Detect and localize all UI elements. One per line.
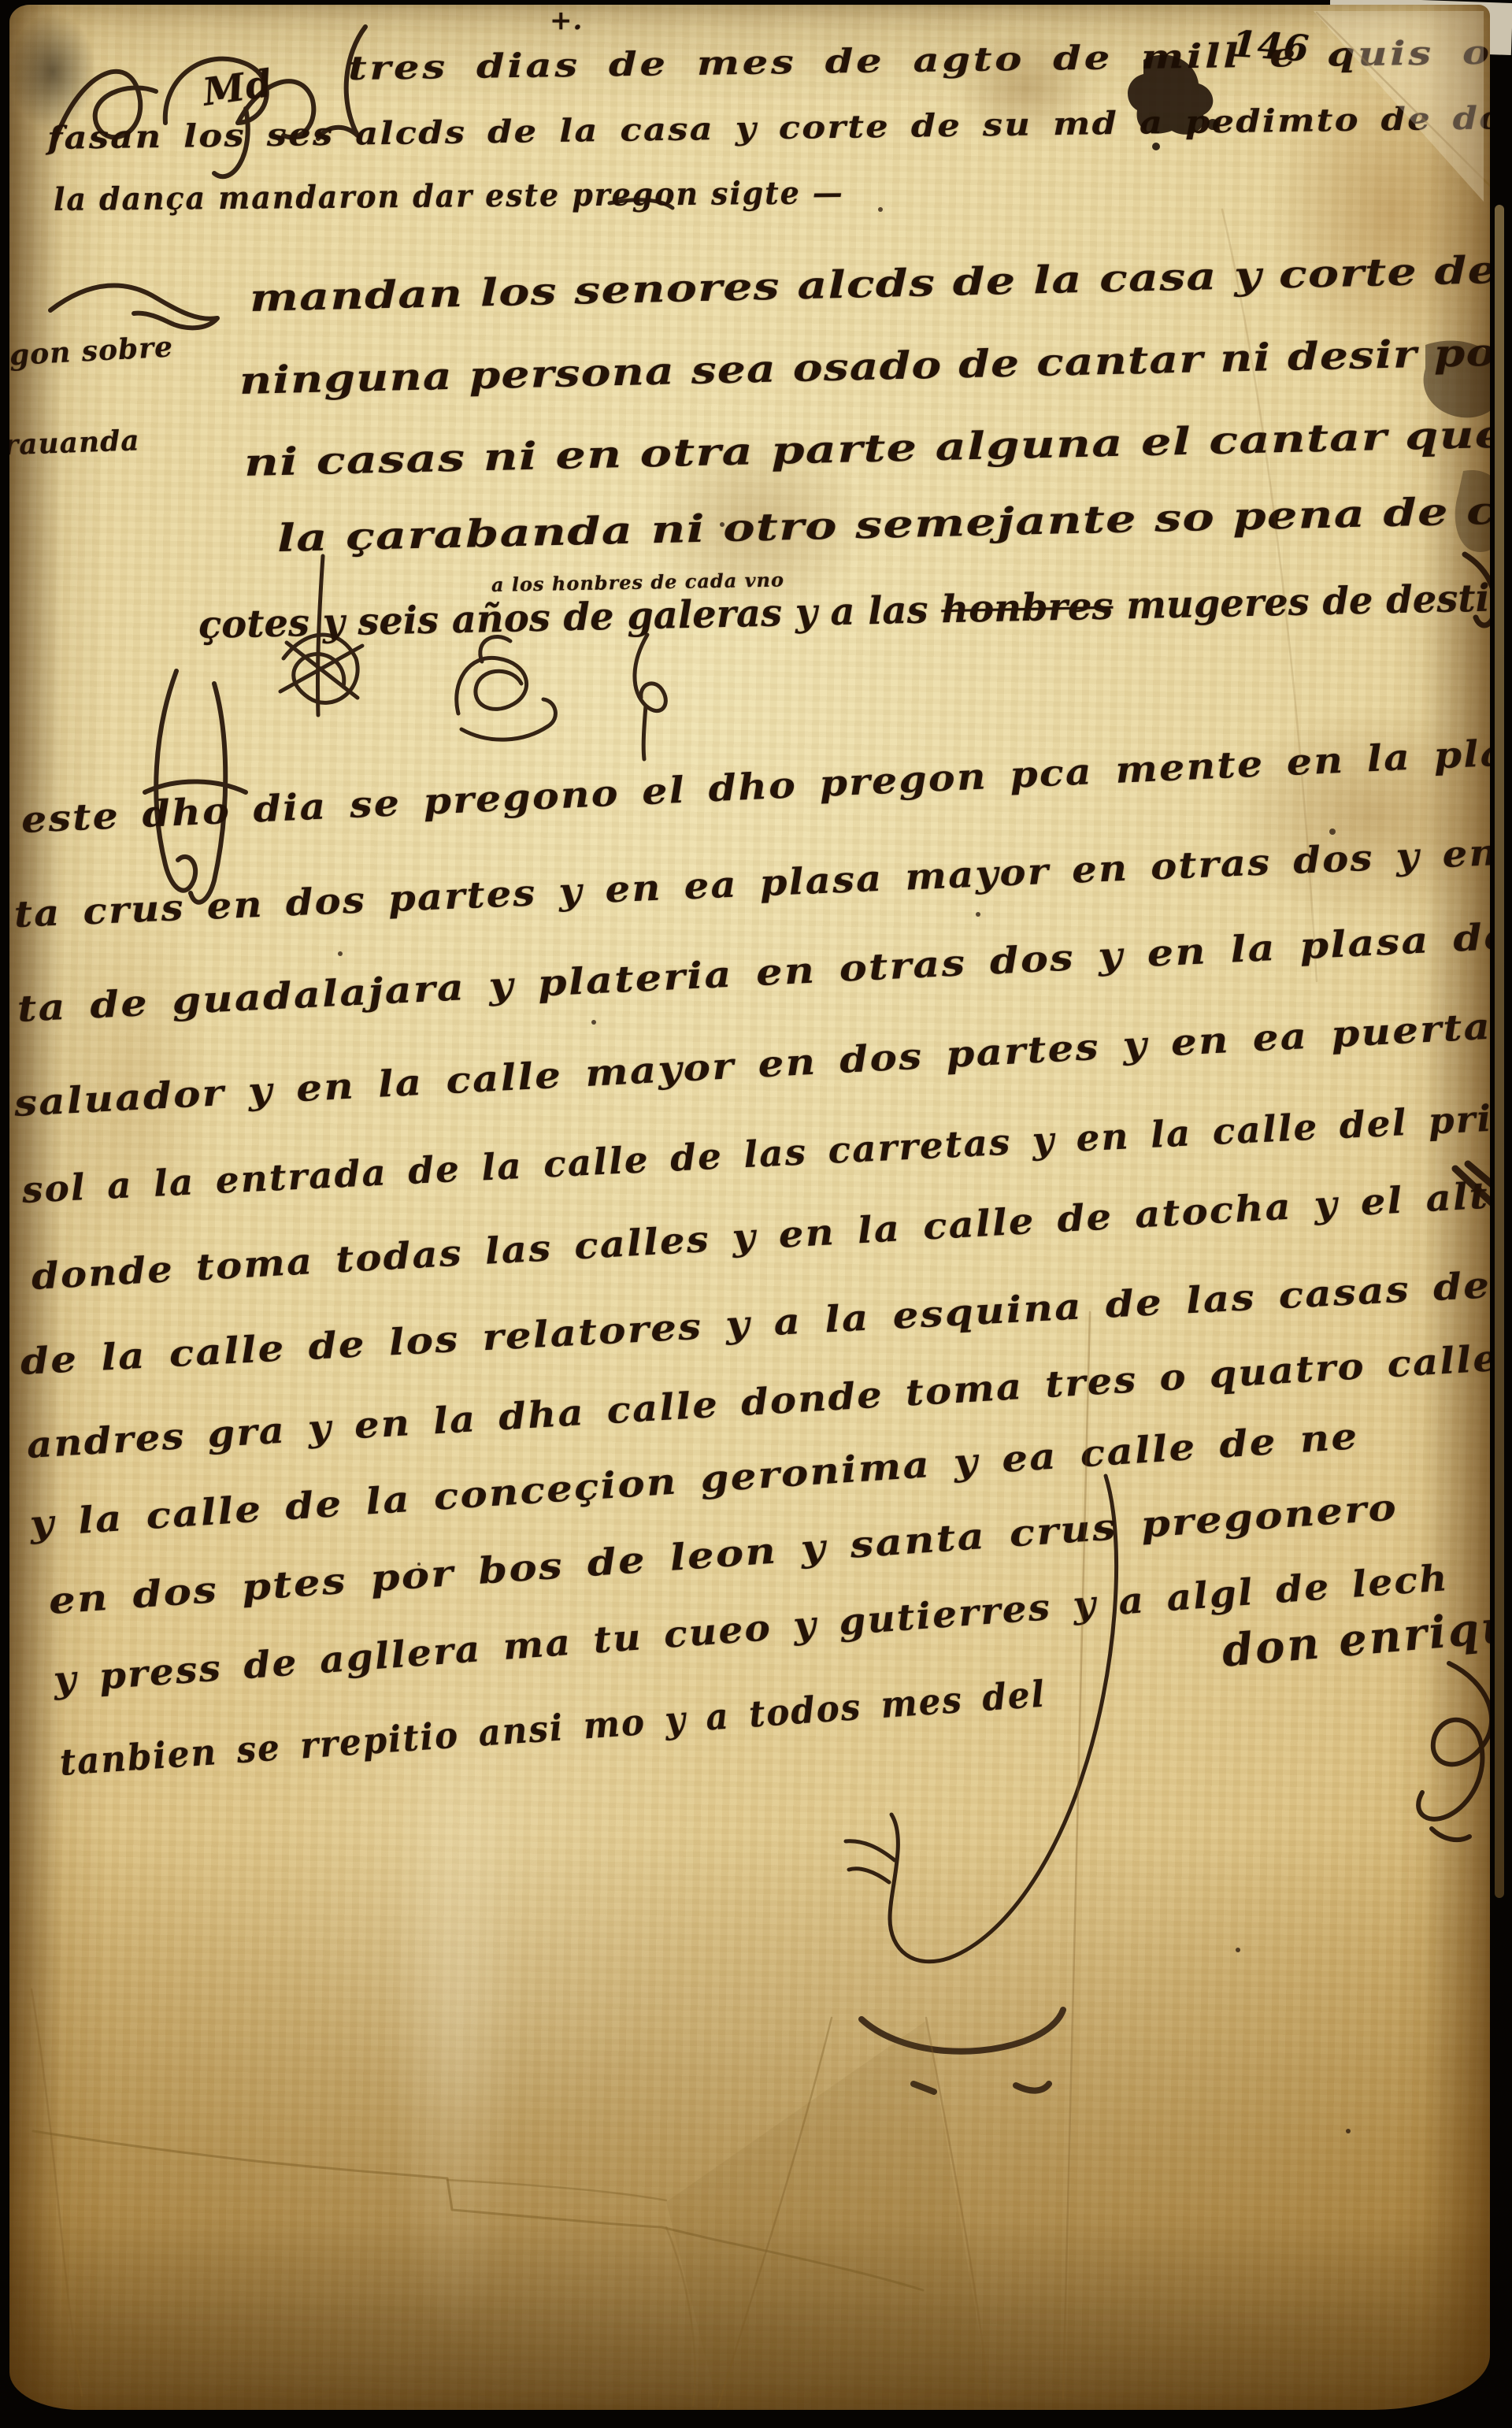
diligencia-line-1: este dho dia se pregono el dho pregon pc… (20, 721, 1490, 841)
fore-edge (1495, 205, 1504, 1898)
cross-mark: +. (550, 5, 583, 36)
header-line-3: la dança mandaron dar este pregon sigte … (54, 174, 844, 218)
photo-backdrop: +. 146 Md tres dias de mes de agto de mi… (0, 0, 1512, 2428)
pregon-line-5-post: mugeres de destierro del reyno (1113, 570, 1490, 628)
pale-streak (387, 1698, 521, 2344)
stain (9, 13, 96, 131)
paragraph-divider-flourish (145, 671, 246, 903)
margin-note-line-2: çarauanda (9, 424, 140, 463)
pregon-line-5: çotes y seis años de galeras y a las hon… (198, 570, 1490, 647)
header-line-1: tres dias de mes de agto de mill e quis … (348, 30, 1490, 87)
diligencia-line-2: ta crus en dos partes y en ea plasa mayo… (13, 823, 1490, 936)
diligencia-line-3: ta de guadalajara y plateria en otras do… (17, 909, 1490, 1030)
pregon-line-2: ninguna persona sea osado de cantar ni d… (239, 324, 1490, 403)
struck-word: honbres (941, 584, 1114, 632)
pregon-line-5-pre: çotes y seis años de galeras y a las (198, 588, 941, 647)
pregon-line-1: mandan los senores alcds de la casa y co… (249, 240, 1490, 321)
page: +. 146 Md tres dias de mes de agto de mi… (9, 5, 1490, 2410)
pregon-opening-swash (50, 285, 217, 328)
signature-rubric (1418, 1663, 1490, 1840)
margin-note-line-1: pregon sobre (9, 330, 174, 375)
header-initial: Md (200, 61, 276, 115)
rubric-flourish-3 (635, 635, 665, 759)
crescent-stroke (862, 2010, 1063, 2092)
pregon-line-3: ni casas ni en otra parte alguna el cant… (243, 406, 1490, 485)
pregon-line-4: la çarabanda ni otro semejante so pena d… (276, 482, 1490, 561)
rubric-flourish-2 (457, 636, 556, 740)
